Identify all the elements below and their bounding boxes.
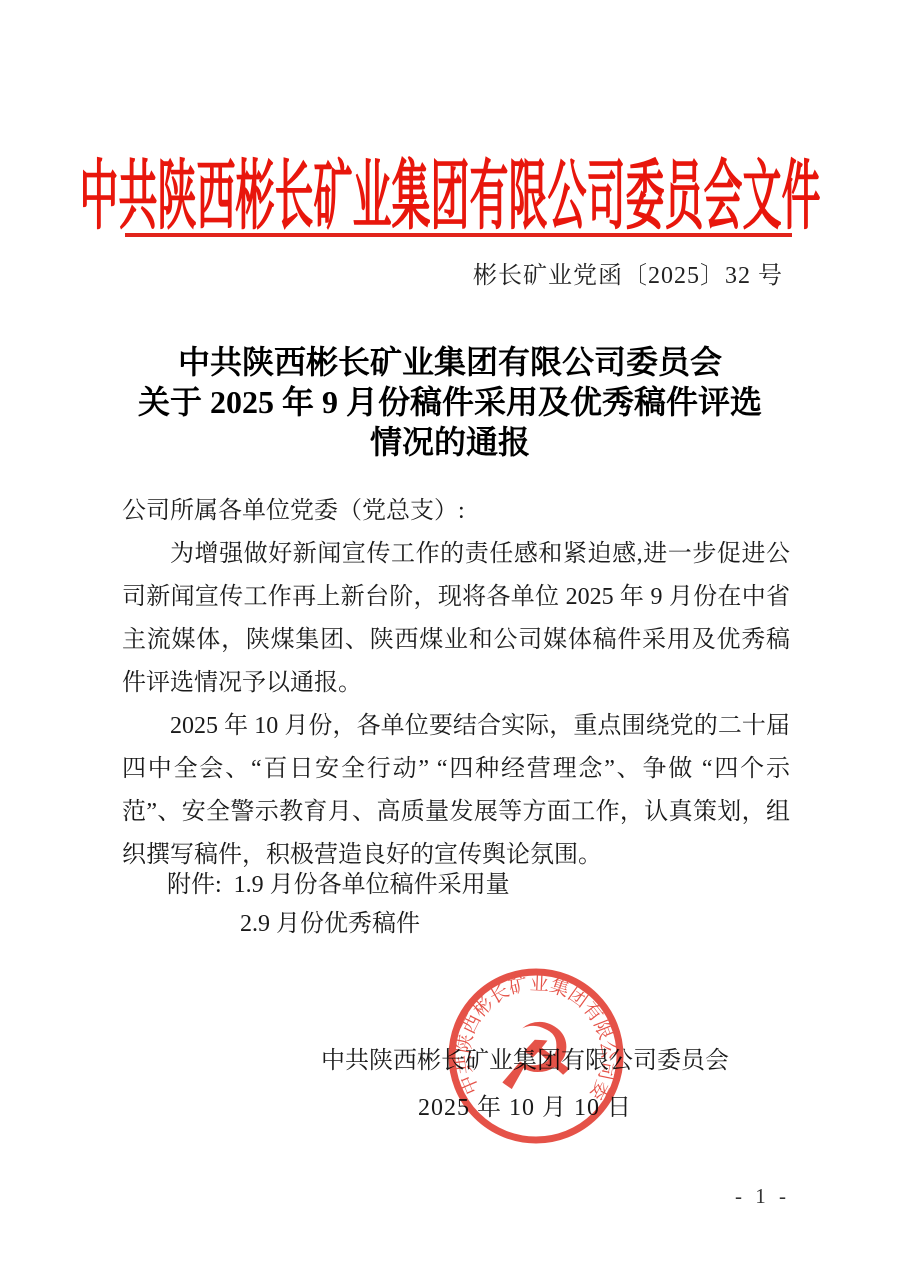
seal-ring-text-holder: 中共陕西彬长矿业集团有限公司委员会 <box>436 956 619 1104</box>
attachment-item-2: 2.9 月份优秀稿件 <box>240 905 510 944</box>
attachments-block: 附件:1.9 月份各单位稿件采用量 2.9 月份优秀稿件 <box>167 866 510 944</box>
signature-org: 中共陕西彬长矿业集团有限公司委员会 <box>255 1040 795 1075</box>
doc-number: 彬长矿业党函〔2025〕32 号 <box>473 255 783 290</box>
attachment-row-1: 附件:1.9 月份各单位稿件采用量 <box>167 866 510 905</box>
title-line-2: 关于 2025 年 9 月份稿件采用及优秀稿件评选 <box>0 382 900 422</box>
red-divider <box>125 233 792 237</box>
page-number: - 1 - <box>735 1184 790 1209</box>
seal-ring-text: 中共陕西彬长矿业集团有限公司委员会 <box>436 956 619 1104</box>
document-title: 中共陕西彬长矿业集团有限公司委员会 关于 2025 年 9 月份稿件采用及优秀稿… <box>0 342 900 462</box>
attachments-label: 附件: <box>167 872 222 898</box>
signature-date: 2025 年 10 月 10 日 <box>255 1087 795 1122</box>
title-line-1: 中共陕西彬长矿业集团有限公司委员会 <box>0 342 900 382</box>
paragraph-2: 2025 年 10 月份，各单位要结合实际，重点围绕党的二十届四中全会、“百日安… <box>122 705 790 877</box>
attachment-item-1: 1.9 月份各单位稿件采用量 <box>234 872 510 898</box>
paragraph-1: 为增强做好新闻宣传工作的责任感和紧迫感,进一步促进公司新闻宣传工作再上新台阶，现… <box>122 533 790 705</box>
document-body: 公司所属各单位党委（党总支）: 为增强做好新闻宣传工作的责任感和紧迫感,进一步促… <box>122 490 790 877</box>
document-page: 中共陕西彬长矿业集团有限公司委员会文件 彬长矿业党函〔2025〕32 号 中共陕… <box>0 0 900 1273</box>
salutation: 公司所属各单位党委（党总支）: <box>122 490 790 533</box>
banner-title: 中共陕西彬长矿业集团有限公司委员会文件 <box>0 136 900 245</box>
title-line-3: 情况的通报 <box>0 422 900 462</box>
